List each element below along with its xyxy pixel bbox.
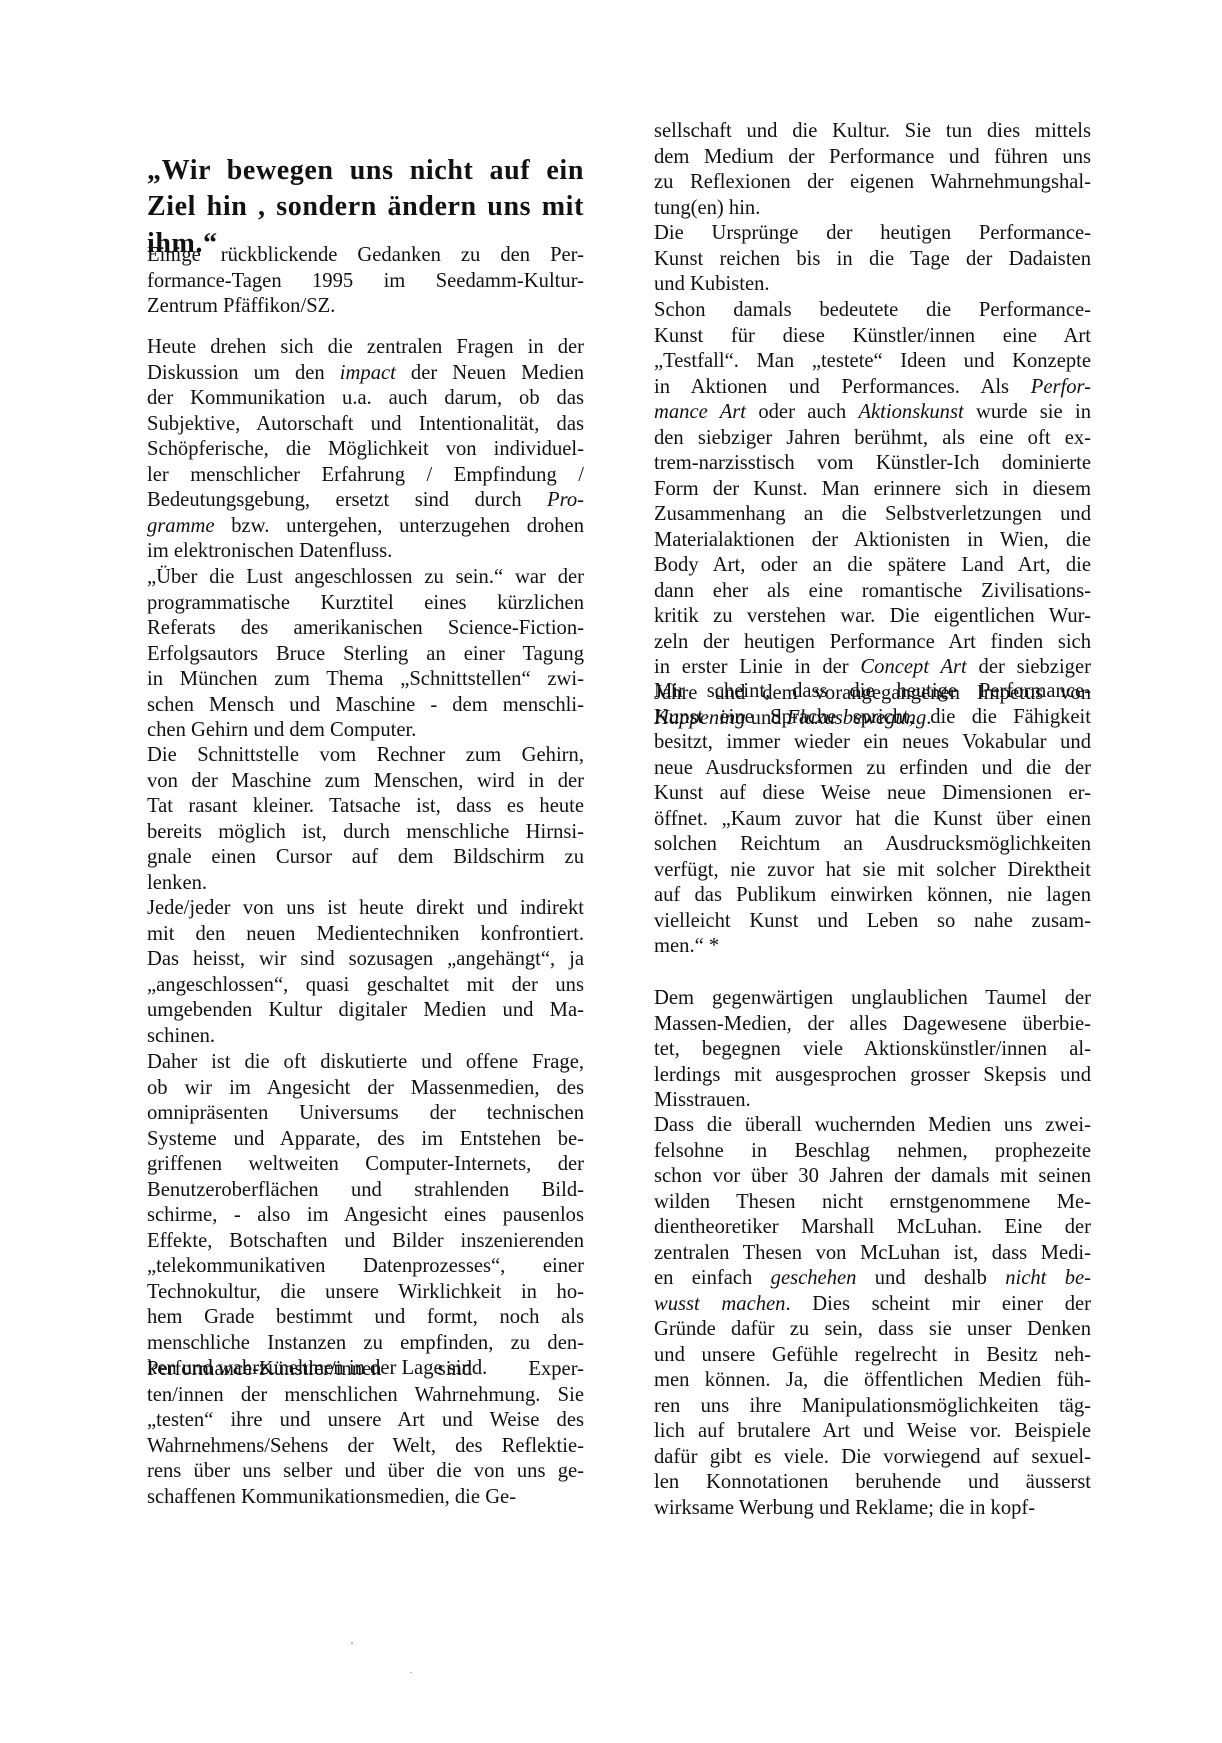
- text-segment: neue Ausdrucksformen zu erfinden und die…: [654, 757, 1091, 779]
- text-segment: Zusammenhang an die Selbstverletzungen u…: [654, 503, 1091, 525]
- text-line: Jede/jeder von uns ist heute direkt und …: [147, 896, 584, 922]
- paragraph-testfall: Schon damals bedeutete die Performance-K…: [654, 298, 1091, 732]
- text-line: den siebziger Jahren berühmt, als eine o…: [654, 426, 1091, 452]
- italic-term: nicht be-: [1005, 1267, 1091, 1289]
- text-line: Effekte, Botschaften und Bilder inszenie…: [147, 1229, 584, 1255]
- text-line: wilden Thesen nicht ernstgenommene Me-: [654, 1190, 1091, 1216]
- text-line: ob wir im Angesicht der Massenmedien, de…: [147, 1076, 584, 1102]
- paragraph-taumel: Dem gegenwärtigen unglaublichen Taumel d…: [654, 986, 1091, 1114]
- text-segment: ten/innen der menschlichen Wahrnehmung. …: [147, 1384, 584, 1406]
- text-segment: Performance-Künstler/innen sind Exper-: [147, 1358, 584, 1380]
- text-segment: dientheoretiker Marshall McLuhan. Eine d…: [654, 1216, 1091, 1238]
- paragraph-impact-neue-medien: Heute drehen sich die zentralen Fragen i…: [147, 335, 584, 565]
- text-line: Einige rückblickende Gedanken zu den Per…: [147, 243, 584, 269]
- text-line: men.“ *: [654, 934, 1091, 960]
- text-line: „telekommunikativen Datenprozesses“, ein…: [147, 1254, 584, 1280]
- text-line: „testen“ ihre und unsere Art und Weise d…: [147, 1408, 584, 1434]
- paragraph-massenmedien-frage: Daher ist die oft diskutierte und offene…: [147, 1050, 584, 1382]
- text-segment: . Dies scheint mir einer der: [785, 1293, 1091, 1315]
- paragraph-medientechniken: Jede/jeder von uns ist heute direkt und …: [147, 896, 584, 1049]
- text-line: schon vor über 30 Jahren der damals mit …: [654, 1164, 1091, 1190]
- text-segment: besitzt, immer wieder ein neues Vokabula…: [654, 731, 1091, 753]
- text-line: Erfolgsautors Bruce Sterling an einer Ta…: [147, 642, 584, 668]
- text-segment: „Über die Lust angeschlossen zu sein.“ w…: [147, 566, 584, 588]
- text-line: trem-narzisstisch vom Künstler-Ich domin…: [654, 451, 1091, 477]
- text-segment: Tat rasant kleiner. Tatsache ist, dass e…: [147, 795, 584, 817]
- text-line: gramme bzw. untergehen, unterzugehen dro…: [147, 514, 584, 540]
- text-line: hem Grade bestimmt und formt, noch als: [147, 1305, 584, 1331]
- text-segment: dem Medium der Performance und führen un…: [654, 146, 1091, 168]
- text-segment: Das heisst, wir sind sozusagen „angehäng…: [147, 948, 584, 970]
- text-segment: dann eher als eine romantische Zivilisat…: [654, 580, 1091, 602]
- text-segment: Subjektive, Autorschaft und Intentionali…: [147, 413, 584, 435]
- text-line: im elektronischen Datenfluss.: [147, 539, 584, 565]
- text-segment: Wahrnehmens/Sehens der Welt, des Reflekt…: [147, 1435, 584, 1457]
- text-segment: lenken.: [147, 872, 207, 894]
- text-line: menschliche Instanzen zu empfinden, zu d…: [147, 1331, 584, 1357]
- text-line: mit den neuen Medientechniken konfrontie…: [147, 922, 584, 948]
- text-segment: Benutzeroberflächen und strahlenden Bild…: [147, 1179, 584, 1201]
- text-line: programmatische Kurztitel eines kürzlich…: [147, 591, 584, 617]
- text-line: der Kommunikation u.a. auch darum, ob da…: [147, 386, 584, 412]
- text-line: lenken.: [147, 871, 584, 897]
- scan-speck: [351, 1642, 353, 1644]
- italic-term: Aktionskunst: [858, 401, 963, 423]
- text-line: Dem gegenwärtigen unglaublichen Taumel d…: [654, 986, 1091, 1012]
- text-line: wusst machen. Dies scheint mir einer der: [654, 1292, 1091, 1318]
- text-segment: tung(en) hin.: [654, 197, 760, 219]
- text-segment: solchen Reichtum an Ausdrucksmöglichkeit…: [654, 833, 1091, 855]
- text-line: Technokultur, die unsere Wirklichkeit in…: [147, 1280, 584, 1306]
- text-line: und unsere Gefühle regelrecht in Besitz …: [654, 1343, 1091, 1369]
- text-line: Schöpferische, die Möglichkeit von indiv…: [147, 437, 584, 463]
- text-line: Misstrauen.: [654, 1088, 1091, 1114]
- text-line: felsohne in Beschlag nehmen, prophezeite: [654, 1139, 1091, 1165]
- text-line: Zentrum Pfäffikon/SZ.: [147, 294, 584, 320]
- text-line: verfügt, nie zuvor hat sie mit solcher D…: [654, 858, 1091, 884]
- text-line: Dass die überall wuchernden Medien uns z…: [654, 1113, 1091, 1139]
- italic-term: gramme: [147, 515, 215, 537]
- text-segment: hem Grade bestimmt und formt, noch als: [147, 1306, 584, 1328]
- text-line: Kunst reichen bis in die Tage der Dadais…: [654, 247, 1091, 273]
- scan-speck: [410, 1672, 412, 1673]
- text-line: men können. Ja, die öffentlichen Medien …: [654, 1368, 1091, 1394]
- text-segment: Schöpferische, die Möglichkeit von indiv…: [147, 438, 584, 460]
- text-segment: im elektronischen Datenfluss.: [147, 540, 392, 562]
- text-segment: mit den neuen Medientechniken konfrontie…: [147, 923, 584, 945]
- text-line: Die Ursprünge der heutigen Performance-: [654, 221, 1091, 247]
- text-line: formance-Tagen 1995 im Seedamm-Kultur-: [147, 269, 584, 295]
- text-segment: tet, begegnen viele Aktionskünstler/inne…: [654, 1038, 1091, 1060]
- text-line: Das heisst, wir sind sozusagen „angehäng…: [147, 947, 584, 973]
- text-segment: umgebenden Kultur digitaler Medien und M…: [147, 999, 584, 1021]
- text-line: zentralen Thesen von McLuhan ist, dass M…: [654, 1241, 1091, 1267]
- text-segment: Form der Kunst. Man erinnere sich in die…: [654, 478, 1091, 500]
- text-segment: Schon damals bedeutete die Performance-: [654, 299, 1091, 321]
- text-line: en einfach geschehen und deshalb nicht b…: [654, 1266, 1091, 1292]
- italic-term: wusst machen: [654, 1293, 785, 1315]
- text-segment: ler menschlicher Erfahrung / Empfindung …: [147, 464, 584, 486]
- italic-term: Concept Art: [860, 656, 966, 678]
- text-line: griffenen weltweiten Computer-Internets,…: [147, 1152, 584, 1178]
- text-line: schaffenen Kommunikationsmedien, die Ge-: [147, 1485, 584, 1511]
- text-segment: der Neuen Medien: [396, 362, 584, 384]
- text-segment: Systeme und Apparate, des im Entstehen b…: [147, 1128, 584, 1150]
- text-segment: Mir scheint, dass die heutige Performanc…: [654, 680, 1091, 702]
- text-line: ten/innen der menschlichen Wahrnehmung. …: [147, 1383, 584, 1409]
- text-line: dann eher als eine romantische Zivilisat…: [654, 579, 1091, 605]
- text-segment: Heute drehen sich die zentralen Fragen i…: [147, 336, 584, 358]
- text-line: tet, begegnen viele Aktionskünstler/inne…: [654, 1037, 1091, 1063]
- text-segment: en einfach: [654, 1267, 771, 1289]
- text-segment: chen Gehirn und dem Computer.: [147, 719, 416, 741]
- text-line: „Testfall“. Man „testete“ Ideen und Konz…: [654, 349, 1091, 375]
- text-segment: ob wir im Angesicht der Massenmedien, de…: [147, 1077, 584, 1099]
- text-line: Schon damals bedeutete die Performance-: [654, 298, 1091, 324]
- text-line: Kunst eine Sprache spricht, die die Fähi…: [654, 705, 1091, 731]
- text-segment: der Kommunikation u.a. auch darum, ob da…: [147, 387, 584, 409]
- text-line: schen Mensch und Maschine - dem menschli…: [147, 693, 584, 719]
- italic-term: impact: [340, 362, 396, 384]
- text-segment: Dass die überall wuchernden Medien uns z…: [654, 1114, 1091, 1136]
- text-segment: Kunst eine Sprache spricht, die die Fähi…: [654, 706, 1091, 728]
- text-segment: sellschaft und die Kultur. Sie tun dies …: [654, 120, 1091, 142]
- text-segment: öffnet. „Kaum zuvor hat die Kunst über e…: [654, 808, 1091, 830]
- text-segment: felsohne in Beschlag nehmen, prophezeite: [654, 1140, 1091, 1162]
- text-segment: men.“ *: [654, 935, 719, 957]
- text-segment: menschliche Instanzen zu empfinden, zu d…: [147, 1332, 584, 1354]
- text-line: lich auf brutalere Art und Weise vor. Be…: [654, 1419, 1091, 1445]
- text-line: vielleicht Kunst und Leben so nahe zusam…: [654, 909, 1091, 935]
- text-line: Daher ist die oft diskutierte und offene…: [147, 1050, 584, 1076]
- text-line: schirme, - also im Angesicht eines pause…: [147, 1203, 584, 1229]
- text-segment: omnipräsenten Universums der technischen: [147, 1102, 584, 1124]
- text-segment: Referats des amerikanischen Science-Fict…: [147, 617, 584, 639]
- text-segment: oder auch: [746, 401, 858, 423]
- text-line: Benutzeroberflächen und strahlenden Bild…: [147, 1178, 584, 1204]
- text-segment: verfügt, nie zuvor hat sie mit solcher D…: [654, 859, 1091, 881]
- text-line: Performance-Künstler/innen sind Exper-: [147, 1357, 584, 1383]
- text-segment: griffenen weltweiten Computer-Internets,…: [147, 1153, 584, 1175]
- text-segment: Technokultur, die unsere Wirklichkeit in…: [147, 1281, 584, 1303]
- text-segment: Kunst für diese Künstler/innen eine Art: [654, 325, 1091, 347]
- text-line: Mir scheint, dass die heutige Performanc…: [654, 679, 1091, 705]
- text-segment: Kunst reichen bis in die Tage der Dadais…: [654, 248, 1091, 270]
- text-line: omnipräsenten Universums der technischen: [147, 1101, 584, 1127]
- text-segment: bzw. untergehen, unterzugehen drohen: [215, 515, 585, 537]
- text-segment: Bedeutungsgebung, ersetzt sind durch: [147, 489, 547, 511]
- text-line: bereits möglich ist, durch menschliche H…: [147, 820, 584, 846]
- italic-term: Perfor-: [1031, 376, 1091, 398]
- text-line: in München zum Thema „Schnittstellen“ zw…: [147, 667, 584, 693]
- text-line: Tat rasant kleiner. Tatsache ist, dass e…: [147, 794, 584, 820]
- text-segment: men können. Ja, die öffentlichen Medien …: [654, 1369, 1091, 1391]
- paragraph-sprache-quote: Mir scheint, dass die heutige Performanc…: [654, 679, 1091, 960]
- paragraph-mcluhan: Dass die überall wuchernden Medien uns z…: [654, 1113, 1091, 1521]
- text-segment: Daher ist die oft diskutierte und offene…: [147, 1051, 584, 1073]
- text-segment: lich auf brutalere Art und Weise vor. Be…: [654, 1420, 1091, 1442]
- text-segment: gnale einen Cursor auf dem Bildschirm zu: [147, 846, 584, 868]
- text-line: rens über uns selber und über die von un…: [147, 1459, 584, 1485]
- text-line: dientheoretiker Marshall McLuhan. Eine d…: [654, 1215, 1091, 1241]
- text-line: Ziel hin , sondern ändern uns mit: [147, 189, 584, 226]
- paragraph-gesellschaft-kultur: sellschaft und die Kultur. Sie tun dies …: [654, 119, 1091, 221]
- text-line: öffnet. „Kaum zuvor hat die Kunst über e…: [654, 807, 1091, 833]
- text-segment: in erster Linie in der: [654, 656, 860, 678]
- text-line: Materialaktionen der Aktionisten in Wien…: [654, 528, 1091, 554]
- text-line: „Wir bewegen uns nicht auf ein: [147, 153, 584, 190]
- text-line: ler menschlicher Erfahrung / Empfindung …: [147, 463, 584, 489]
- text-segment: vielleicht Kunst und Leben so nahe zusam…: [654, 910, 1091, 932]
- text-segment: programmatische Kurztitel eines kürzlich…: [147, 592, 584, 614]
- text-line: „Über die Lust angeschlossen zu sein.“ w…: [147, 565, 584, 591]
- text-line: dem Medium der Performance und führen un…: [654, 145, 1091, 171]
- paragraph-urspruenge: Die Ursprünge der heutigen Performance-K…: [654, 221, 1091, 298]
- text-line: Zusammenhang an die Selbstverletzungen u…: [654, 502, 1091, 528]
- text-segment: Diskussion um den: [147, 362, 340, 384]
- text-line: Subjektive, Autorschaft und Intentionali…: [147, 412, 584, 438]
- text-line: Diskussion um den impact der Neuen Medie…: [147, 361, 584, 387]
- italic-term: geschehen: [771, 1267, 857, 1289]
- text-line: Massen-Medien, der alles Dagewesene über…: [654, 1012, 1091, 1038]
- text-segment: Kunst auf diese Weise neue Dimensionen e…: [654, 782, 1091, 804]
- text-segment: den siebziger Jahren berühmt, als eine o…: [654, 427, 1091, 449]
- text-line: von der Maschine zum Menschen, wird in d…: [147, 769, 584, 795]
- text-segment: und deshalb: [856, 1267, 1005, 1289]
- text-line: besitzt, immer wieder ein neues Vokabula…: [654, 730, 1091, 756]
- paragraph-performance-kuenstler: Performance-Künstler/innen sind Exper-te…: [147, 1357, 584, 1510]
- text-segment: schon vor über 30 Jahren der damals mit …: [654, 1165, 1091, 1187]
- text-segment: wilden Thesen nicht ernstgenommene Me-: [654, 1191, 1091, 1213]
- text-line: Kunst auf diese Weise neue Dimensionen e…: [654, 781, 1091, 807]
- text-segment: schinen.: [147, 1025, 215, 1047]
- text-line: solchen Reichtum an Ausdrucksmöglichkeit…: [654, 832, 1091, 858]
- text-segment: schaffenen Kommunikationsmedien, die Ge-: [147, 1486, 516, 1508]
- text-segment: Misstrauen.: [654, 1089, 751, 1111]
- text-line: mance Art oder auch Aktionskunst wurde s…: [654, 400, 1091, 426]
- paragraph-bruce-sterling: „Über die Lust angeschlossen zu sein.“ w…: [147, 565, 584, 744]
- text-segment: von der Maschine zum Menschen, wird in d…: [147, 770, 584, 792]
- text-segment: lerdings mit ausgesprochen grosser Skeps…: [654, 1064, 1091, 1086]
- text-segment: bereits möglich ist, durch menschliche H…: [147, 821, 584, 843]
- text-segment: trem-narzisstisch vom Künstler-Ich domin…: [654, 452, 1091, 474]
- text-segment: in München zum Thema „Schnittstellen“ zw…: [147, 668, 584, 690]
- text-segment: „Testfall“. Man „testete“ Ideen und Konz…: [654, 350, 1091, 372]
- italic-term: mance Art: [654, 401, 746, 423]
- text-segment: Dem gegenwärtigen unglaublichen Taumel d…: [654, 987, 1091, 1009]
- text-segment: wirksame Werbung und Reklame; die in kop…: [654, 1497, 1035, 1519]
- text-segment: len Konnotationen beruhende und äusserst: [654, 1471, 1091, 1493]
- text-segment: zentralen Thesen von McLuhan ist, dass M…: [654, 1242, 1091, 1264]
- text-line: umgebenden Kultur digitaler Medien und M…: [147, 998, 584, 1024]
- article-subtitle: Einige rückblickende Gedanken zu den Per…: [147, 243, 584, 320]
- text-segment: „angeschlossen“, quasi geschaltet mit de…: [147, 974, 584, 996]
- text-segment: wurde sie in: [964, 401, 1091, 423]
- text-line: neue Ausdrucksformen zu erfinden und die…: [654, 756, 1091, 782]
- text-segment: schen Mensch und Maschine - dem menschli…: [147, 694, 584, 716]
- text-segment: rens über uns selber und über die von un…: [147, 1460, 584, 1482]
- text-segment: auf das Publikum einwirken können, nie l…: [654, 884, 1091, 906]
- text-line: Heute drehen sich die zentralen Fragen i…: [147, 335, 584, 361]
- text-line: Referats des amerikanischen Science-Fict…: [147, 616, 584, 642]
- text-line: zeln der heutigen Performance Art finden…: [654, 630, 1091, 656]
- text-line: Wahrnehmens/Sehens der Welt, des Reflekt…: [147, 1434, 584, 1460]
- text-line: in Aktionen und Performances. Als Perfor…: [654, 375, 1091, 401]
- text-line: chen Gehirn und dem Computer.: [147, 718, 584, 744]
- text-line: Body Art, oder an die spätere Land Art, …: [654, 553, 1091, 579]
- text-segment: kritik zu verstehen war. Die eigentliche…: [654, 605, 1091, 627]
- text-segment: schirme, - also im Angesicht eines pause…: [147, 1204, 584, 1226]
- text-segment: Gründe dafür zu sein, dass sie unser Den…: [654, 1318, 1091, 1340]
- text-line: Kunst für diese Künstler/innen eine Art: [654, 324, 1091, 350]
- text-segment: der siebziger: [967, 656, 1091, 678]
- text-line: schinen.: [147, 1024, 584, 1050]
- text-line: Systeme und Apparate, des im Entstehen b…: [147, 1127, 584, 1153]
- text-line: in erster Linie in der Concept Art der s…: [654, 655, 1091, 681]
- text-line: zu Reflexionen der eigenen Wahrnehmungsh…: [654, 170, 1091, 196]
- text-line: und Kubisten.: [654, 272, 1091, 298]
- text-line: kritik zu verstehen war. Die eigentliche…: [654, 604, 1091, 630]
- text-segment: Die Ursprünge der heutigen Performance-: [654, 222, 1091, 244]
- text-segment: „telekommunikativen Datenprozesses“, ein…: [147, 1255, 584, 1277]
- text-line: auf das Publikum einwirken können, nie l…: [654, 883, 1091, 909]
- text-line: Die Schnittstelle vom Rechner zum Gehirn…: [147, 743, 584, 769]
- text-segment: in Aktionen und Performances. Als: [654, 376, 1031, 398]
- text-segment: Massen-Medien, der alles Dagewesene über…: [654, 1013, 1091, 1035]
- italic-term: Pro-: [547, 489, 584, 511]
- text-segment: Die Schnittstelle vom Rechner zum Gehirn…: [147, 744, 584, 766]
- text-line: gnale einen Cursor auf dem Bildschirm zu: [147, 845, 584, 871]
- text-segment: Jede/jeder von uns ist heute direkt und …: [147, 897, 584, 919]
- text-segment: zu Reflexionen der eigenen Wahrnehmungsh…: [654, 171, 1091, 193]
- text-segment: Erfolgsautors Bruce Sterling an einer Ta…: [147, 643, 584, 665]
- paragraph-schnittstelle: Die Schnittstelle vom Rechner zum Gehirn…: [147, 743, 584, 896]
- text-line: dafür gibt es viele. Die vorwiegend auf …: [654, 1445, 1091, 1471]
- text-line: Gründe dafür zu sein, dass sie unser Den…: [654, 1317, 1091, 1343]
- text-line: lerdings mit ausgesprochen grosser Skeps…: [654, 1063, 1091, 1089]
- text-segment: Body Art, oder an die spätere Land Art, …: [654, 554, 1091, 576]
- text-line: tung(en) hin.: [654, 196, 1091, 222]
- text-line: Bedeutungsgebung, ersetzt sind durch Pro…: [147, 488, 584, 514]
- text-segment: „testen“ ihre und unsere Art und Weise d…: [147, 1409, 584, 1431]
- text-segment: dafür gibt es viele. Die vorwiegend auf …: [654, 1446, 1091, 1468]
- text-segment: Effekte, Botschaften und Bilder inszenie…: [147, 1230, 584, 1252]
- text-line: wirksame Werbung und Reklame; die in kop…: [654, 1496, 1091, 1522]
- document-page: „Wir bewegen uns nicht auf einZiel hin ,…: [0, 0, 1222, 1743]
- text-segment: Materialaktionen der Aktionisten in Wien…: [654, 529, 1091, 551]
- text-segment: und Kubisten.: [654, 273, 770, 295]
- text-line: len Konnotationen beruhende und äusserst: [654, 1470, 1091, 1496]
- text-segment: und unsere Gefühle regelrecht in Besitz …: [654, 1344, 1091, 1366]
- text-segment: ren uns ihre Manipulationsmöglichkeiten …: [654, 1395, 1091, 1417]
- text-line: ren uns ihre Manipulationsmöglichkeiten …: [654, 1394, 1091, 1420]
- text-line: sellschaft und die Kultur. Sie tun dies …: [654, 119, 1091, 145]
- text-line: Form der Kunst. Man erinnere sich in die…: [654, 477, 1091, 503]
- text-line: „angeschlossen“, quasi geschaltet mit de…: [147, 973, 584, 999]
- text-segment: zeln der heutigen Performance Art finden…: [654, 631, 1091, 653]
